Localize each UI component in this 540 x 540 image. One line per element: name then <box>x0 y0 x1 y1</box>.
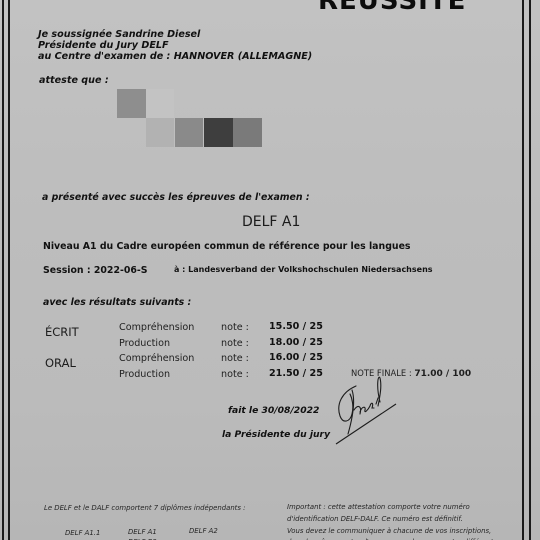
score-value: 15.50 / 25 <box>269 321 323 332</box>
issue-date: fait le 30/08/2022 <box>228 405 319 416</box>
score-value: 21.50 / 25 <box>269 368 323 379</box>
diploma-item: DELF A1 <box>128 528 157 536</box>
border-line-left-outer <box>2 0 4 540</box>
border-line-right-inner <box>522 0 524 540</box>
section-ecrit: ÉCRIT <box>45 325 79 339</box>
final-score-value: 71.00 / 100 <box>414 369 471 379</box>
footer-important-line: d'identification DELF-DALF. Ce numéro es… <box>287 515 463 523</box>
atteste-label: atteste que : <box>39 75 109 86</box>
note-label: note : <box>221 369 249 380</box>
redaction-pixel <box>175 118 203 147</box>
redaction-pixel <box>204 118 233 147</box>
skill-label: Compréhension <box>119 353 194 364</box>
score-value: 18.00 / 25 <box>269 337 323 348</box>
header-signatory: Je soussignée Sandrine Diesel <box>38 29 200 40</box>
presented-statement: a présenté avec succès les épreuves de l… <box>42 192 310 203</box>
note-label: note : <box>221 353 249 364</box>
skill-label: Production <box>119 338 170 349</box>
signature-icon <box>334 376 404 446</box>
redaction-pixel <box>146 118 174 147</box>
footer-important-line: Vous devez le communiquer à chacune de v… <box>287 527 491 535</box>
signatory-title: la Présidente du jury <box>222 429 330 440</box>
score-value: 16.00 / 25 <box>269 352 323 363</box>
exam-location: à : Landesverband der Volkshochschulen N… <box>174 265 433 274</box>
certificate-page: RÉUSSITE Je soussignée Sandrine Diesel P… <box>0 0 540 540</box>
border-line-left-inner <box>8 0 10 540</box>
certificate-title: RÉUSSITE <box>318 0 466 16</box>
level-description: Niveau A1 du Cadre européen commun de ré… <box>43 241 411 252</box>
note-label: note : <box>221 322 249 333</box>
results-intro: avec les résultats suivants : <box>43 297 191 308</box>
note-label: note : <box>221 338 249 349</box>
redaction-pixel <box>117 89 146 118</box>
exam-name: DELF A1 <box>242 214 300 230</box>
session-label: Session : 2022-06-S <box>43 265 148 276</box>
header-role: Présidente du Jury DELF <box>38 40 169 51</box>
border-line-right-outer <box>529 0 531 540</box>
section-oral: ORAL <box>45 356 76 370</box>
footer-important-line: Important : cette attestation comporte v… <box>287 503 470 511</box>
redaction-pixel <box>146 89 174 118</box>
redaction-pixel <box>233 118 262 147</box>
skill-label: Compréhension <box>119 322 194 333</box>
footer-diplomas-intro: Le DELF et le DALF comportent 7 diplômes… <box>44 504 246 512</box>
diploma-item: DELF A2 <box>189 527 218 535</box>
header-centre: au Centre d'examen de : HANNOVER (ALLEMA… <box>38 51 312 62</box>
skill-label: Production <box>119 369 170 380</box>
diploma-item: DELF A1.1 <box>65 529 100 537</box>
